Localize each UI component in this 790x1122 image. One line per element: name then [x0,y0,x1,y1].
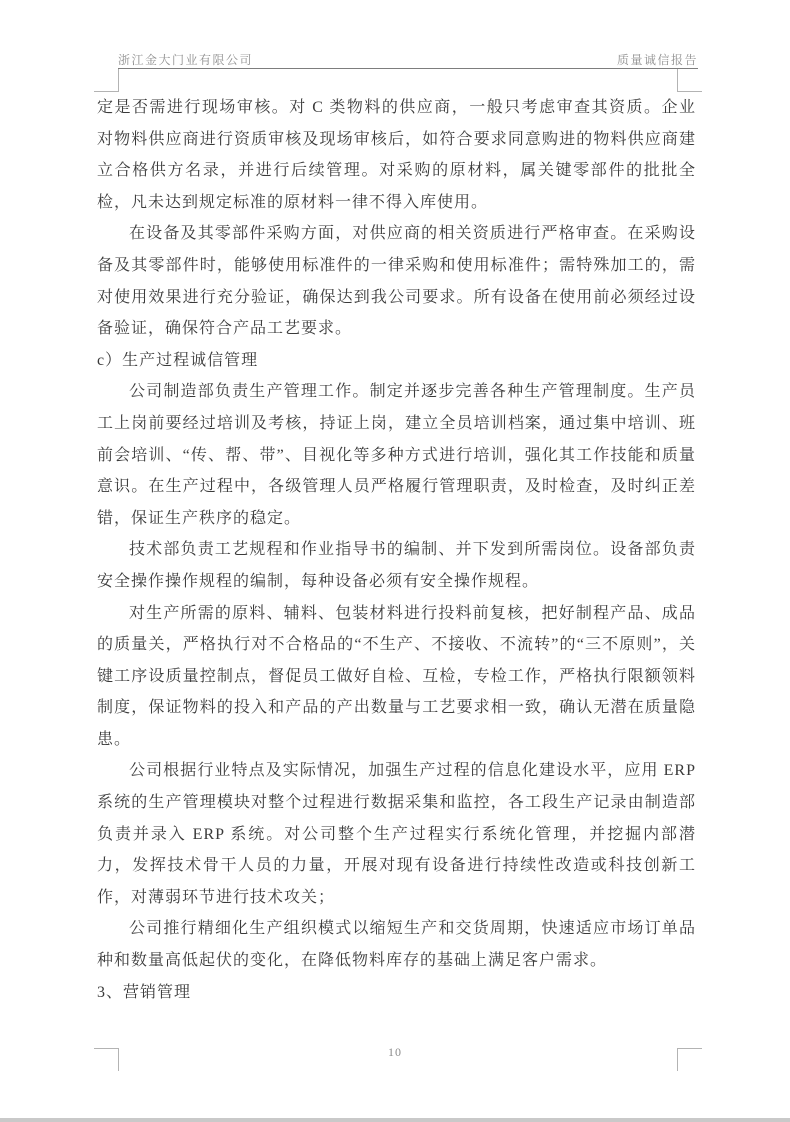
paragraph-technical-dept: 技术部负责工艺规程和作业指导书的编制、并下发到所需岗位。设备部负责安全操作操作规… [97,534,696,597]
document-body: 定是否需进行现场审核。对 C 类物料的供应商，一般只考虑审查其资质。企业对物料供… [97,92,696,1008]
paragraph-manufacturing-dept: 公司制造部负责生产管理工作。制定并逐步完善各种生产管理制度。生产员工上岗前要经过… [97,376,696,534]
document-page: 浙江金大门业有限公司 质量诚信报告 定是否需进行现场审核。对 C 类物料的供应商… [0,0,790,1122]
page-bottom-edge [0,1118,790,1122]
header-company-name: 浙江金大门业有限公司 [118,52,253,68]
paragraph-equipment-purchase: 在设备及其零部件采购方面，对供应商的相关资质进行严格审查。在采购设备及其零部件时… [97,218,696,344]
paragraph-erp-system: 公司根据行业特点及实际情况，加强生产过程的信息化建设水平，应用 ERP 系统的生… [97,755,696,913]
page-number: 10 [388,1045,402,1059]
paragraph-lean-production: 公司推行精细化生产组织模式以缩短生产和交货周期，快速适应市场订单品种和数量高低起… [97,913,696,976]
paragraph-material-check: 对生产所需的原料、辅料、包装材料进行投料前复核，把好制程产品、成品的质量关，严格… [97,598,696,756]
page-header: 浙江金大门业有限公司 质量诚信报告 [118,50,698,69]
heading-production-integrity: c）生产过程诚信管理 [97,345,696,377]
crop-mark-top-right [677,69,702,92]
header-doc-title: 质量诚信报告 [617,52,698,68]
heading-marketing-management: 3、营销管理 [97,977,696,1009]
paragraph-continuation: 定是否需进行现场审核。对 C 类物料的供应商，一般只考虑审查其资质。企业对物料供… [97,92,696,218]
page-footer: 10 [0,1045,790,1060]
crop-mark-top-left [94,69,119,92]
